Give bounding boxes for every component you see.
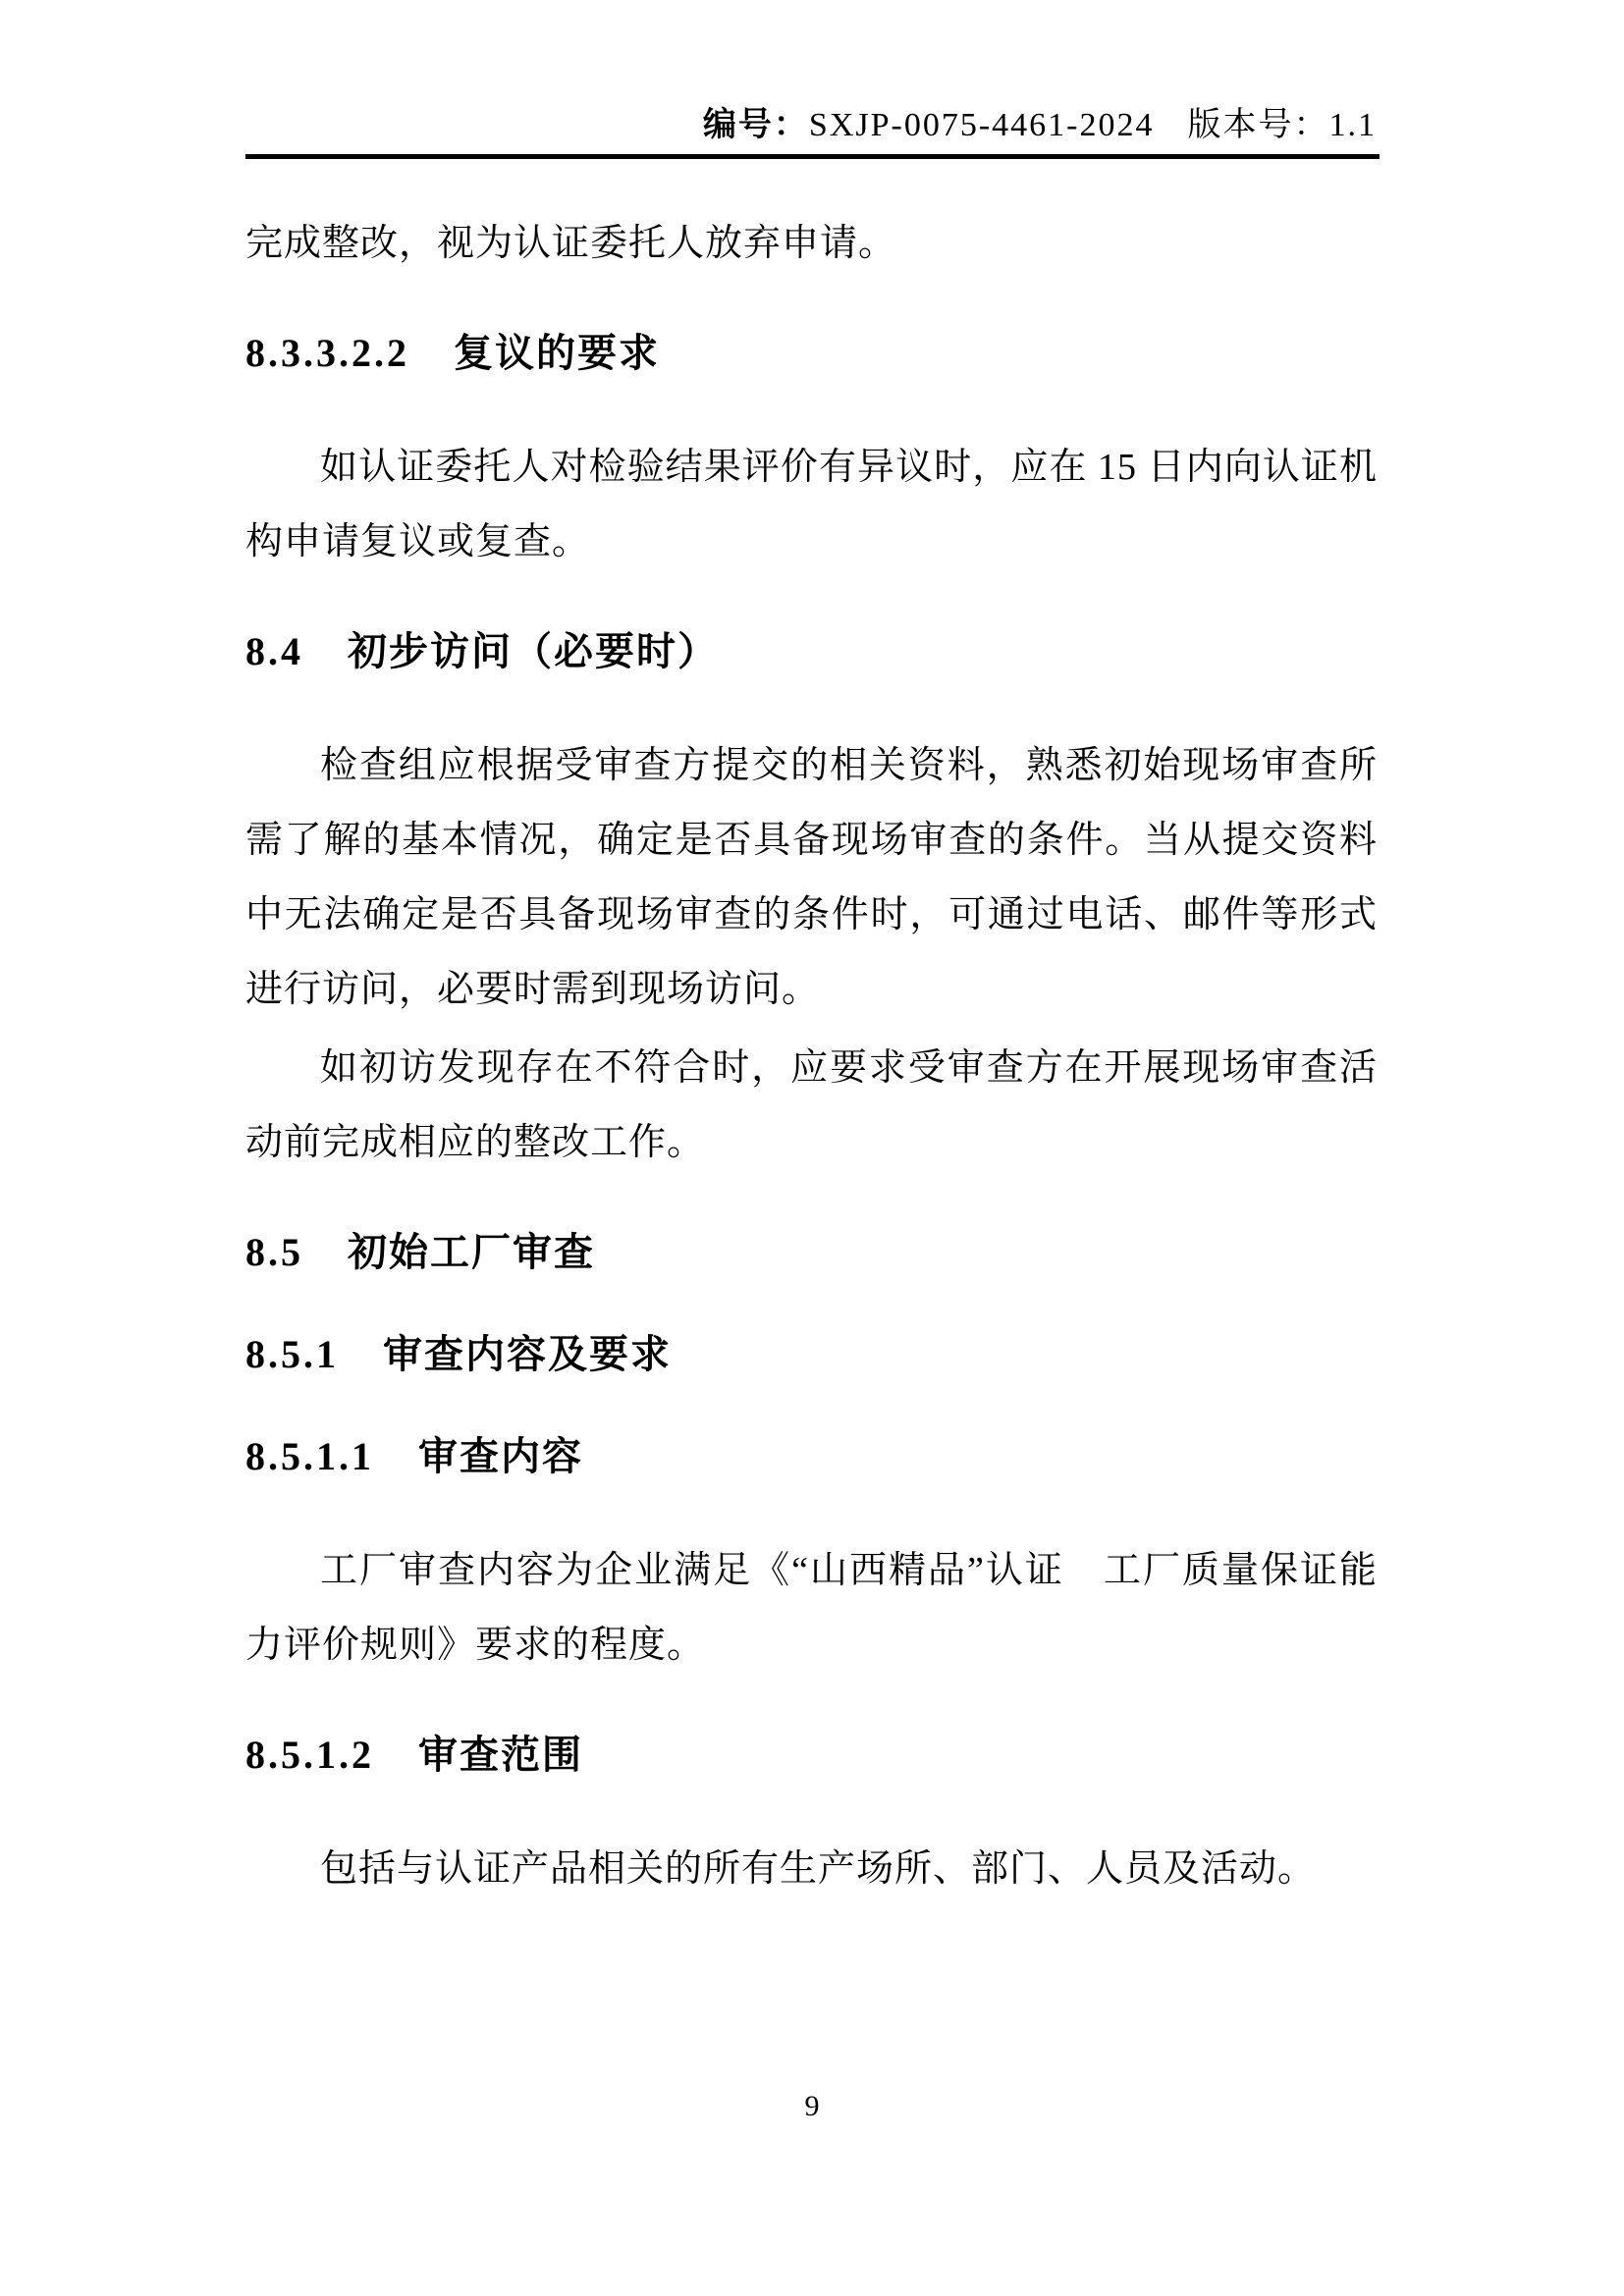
document-body: 完成整改，视为认证委托人放弃申请。8.3.3.2.2复议的要求如认证委托人对检验… bbox=[245, 187, 1378, 1906]
section-title: 审查内容及要求 bbox=[383, 1332, 672, 1376]
section-number: 8.5.1.2 bbox=[245, 1733, 374, 1777]
section-number: 8.5.1.1 bbox=[245, 1434, 374, 1478]
doc-number-label: 编号： bbox=[703, 107, 809, 143]
doc-number-value: SXJP-0075-4461-2024 bbox=[809, 107, 1155, 143]
version-label: 版本号： bbox=[1188, 107, 1329, 143]
body-paragraph: 检查组应根据受审查方提交的相关资料，熟悉初始现场审查所需了解的基本情况，确定是否… bbox=[245, 728, 1378, 1027]
section-title: 复议的要求 bbox=[454, 331, 660, 375]
body-paragraph: 如认证委托人对检验结果评价有异议时，应在 15 日内向认证机构申请复议或复查。 bbox=[245, 430, 1378, 579]
section-number: 8.4 bbox=[245, 629, 303, 673]
section-heading: 8.3.3.2.2复议的要求 bbox=[245, 324, 1378, 383]
page-header: 编号：SXJP-0075-4461-2024版本号：1.1 bbox=[703, 104, 1377, 147]
section-number: 8.5.1 bbox=[245, 1332, 339, 1376]
section-number: 8.3.3.2.2 bbox=[245, 331, 409, 375]
body-paragraph: 如初访发现存在不符合时，应要求受审查方在开展现场审查活动前完成相应的整改工作。 bbox=[245, 1031, 1378, 1180]
section-heading: 8.5.1.1审查内容 bbox=[245, 1427, 1378, 1486]
section-title: 初始工厂审查 bbox=[348, 1230, 595, 1274]
section-heading: 8.5.1审查内容及要求 bbox=[245, 1325, 1378, 1384]
section-title: 审查范围 bbox=[418, 1733, 583, 1777]
header-rule bbox=[245, 154, 1380, 159]
version-value: 1.1 bbox=[1329, 107, 1378, 143]
section-heading: 8.5.1.2审查范围 bbox=[245, 1726, 1378, 1785]
section-number: 8.5 bbox=[245, 1230, 303, 1274]
section-title: 初步访问（必要时） bbox=[348, 629, 719, 673]
body-paragraph: 包括与认证产品相关的所有生产场所、部门、人员及活动。 bbox=[245, 1832, 1378, 1906]
body-paragraph: 完成整改，视为认证委托人放弃申请。 bbox=[245, 206, 1378, 281]
section-title: 审查内容 bbox=[418, 1434, 583, 1478]
page-number: 9 bbox=[0, 2087, 1624, 2126]
body-paragraph: 工厂审查内容为企业满足《“山西精品”认证 工厂质量保证能力评价规则》要求的程度。 bbox=[245, 1533, 1378, 1682]
document-page: 编号：SXJP-0075-4461-2024版本号：1.1 完成整改，视为认证委… bbox=[0, 0, 1624, 2296]
section-heading: 8.5初始工厂审查 bbox=[245, 1223, 1378, 1282]
section-heading: 8.4初步访问（必要时） bbox=[245, 622, 1378, 681]
